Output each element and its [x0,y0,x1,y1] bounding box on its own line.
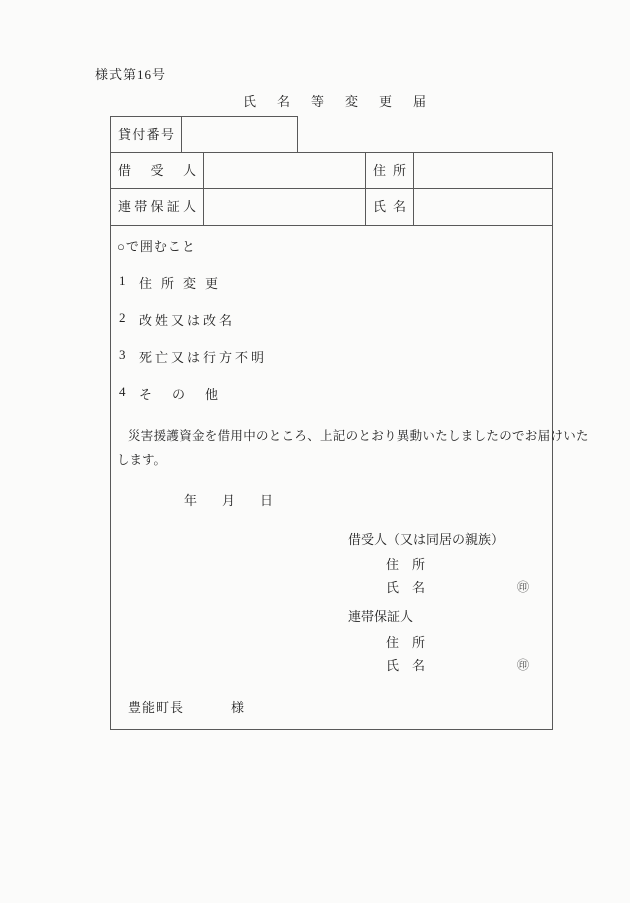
option-3-number: 3 [119,347,126,363]
name-label: 氏名 [366,189,414,225]
option-1-number: 1 [119,273,126,289]
option-3-label: 死亡又は行方不明 [139,347,267,366]
name-value-cell [414,189,552,225]
option-4-label: その他 [139,384,238,403]
date-line: 年 月 日 [184,490,273,509]
page-title: 氏名等変更届 [243,91,447,110]
party-table: 借受人 住所 連帯保証人 氏名 [110,152,553,226]
loan-number-value-cell [182,117,297,152]
seal-icon: ㊞ [517,578,529,595]
borrower-value-cell [204,153,366,189]
loan-number-box: 貸付番号 [110,116,298,153]
guarantor-value-cell [204,189,366,225]
day-label: 日 [260,490,273,509]
borrower-name-label: 氏 名 [386,577,425,596]
guarantor-address-label: 住 所 [386,632,425,651]
guarantor-label: 連帯保証人 [111,189,204,225]
notification-body-box: ○で囲むこと 1 住所変更 2 改姓又は改名 3 死亡又は行方不明 4 その他 … [110,225,553,730]
address-value-cell [414,153,552,189]
guarantor-name-label: 氏 名 [386,655,425,674]
statement-line-1: 災害援護資金を借用中のところ、上記のとおり異動いたしましたのでお届けいた [117,426,589,444]
loan-number-label: 貸付番号 [111,117,182,152]
recipient-name: 豊能町長 [128,697,184,716]
guarantor-signature-header: 連帯保証人 [348,606,413,625]
option-4-number: 4 [119,384,126,400]
circle-instruction: ○で囲むこと [117,236,196,255]
borrower-label: 借受人 [111,153,204,189]
borrower-signature-header: 借受人（又は同居の親族） [348,529,504,548]
option-2-number: 2 [119,310,126,326]
form-number: 様式第16号 [95,64,166,83]
year-label: 年 [184,490,197,509]
borrower-address-label: 住 所 [386,554,425,573]
seal-icon: ㊞ [517,656,529,673]
option-1-label: 住所変更 [139,273,227,292]
address-label: 住所 [366,153,414,189]
form-page: { "page": { "form_number": "様式第16号", "ti… [0,0,630,903]
option-2-label: 改姓又は改名 [139,310,235,329]
recipient-honorific: 様 [231,697,244,716]
month-label: 月 [222,490,235,509]
statement-line-2: します。 [117,450,166,468]
